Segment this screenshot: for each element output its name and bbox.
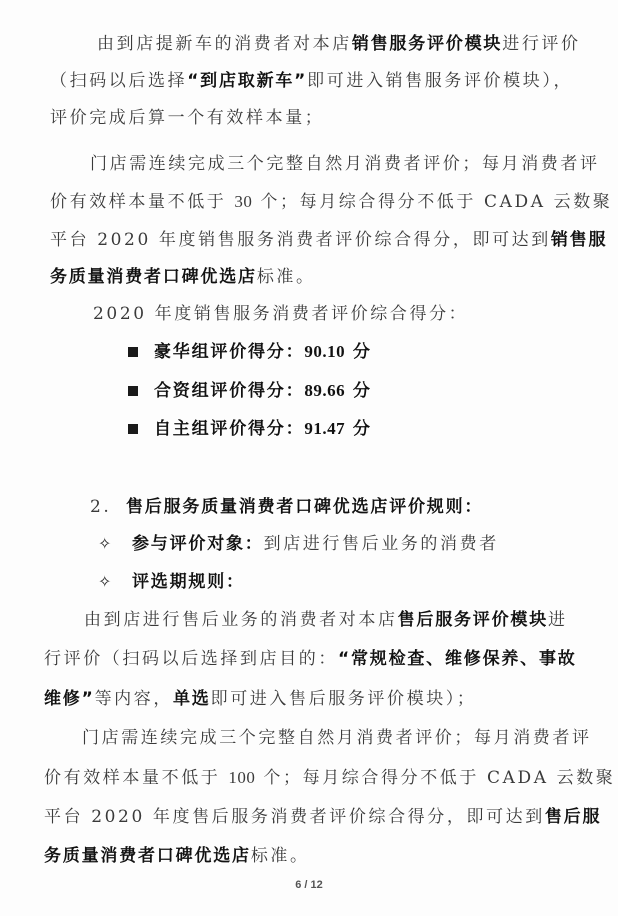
diamond-bullet-icon: ✧: [98, 571, 111, 593]
s2-p1-line1: 由到店进行售后业务的消费者对本店售后服务评价模块进: [84, 609, 568, 631]
text: 平台 2020 年度售后服务消费者评价综合得分，即可达到: [44, 807, 545, 827]
score-label: 豪华组评价得分：: [154, 342, 304, 362]
score-unit: 分: [353, 419, 372, 439]
bold-text: 销售服: [551, 230, 607, 250]
item-label: 评选期规则：: [132, 572, 245, 592]
score-value: 89.66: [304, 381, 345, 400]
s2-p2-line4: 务质量消费者口碑优选店标准。: [44, 845, 310, 867]
s2-p2-line1: 门店需连续完成三个完整自然月消费者评价；每月消费者评: [82, 727, 592, 749]
score-unit: 分: [353, 342, 372, 362]
s2-p2-line2: 价有效样本量不低于 100 个；每月综合得分不低于 CADA 云数聚: [44, 767, 615, 789]
text: 由到店进行售后业务的消费者对本店: [84, 610, 398, 630]
text: 即可进入销售服务评价模块），: [307, 71, 573, 91]
item-text: 到店进行售后业务的消费者: [264, 534, 499, 554]
text: 即可进入售后服务评价模块）；: [211, 689, 477, 709]
square-bullet-icon: [128, 424, 138, 434]
score-item-joint-venture: 合资组评价得分：89.66 分: [154, 380, 372, 402]
score-item-domestic: 自主组评价得分：91.47 分: [154, 418, 372, 440]
s1-p1-line1: 由到店提新车的消费者对本店销售服务评价模块进行评价: [97, 33, 581, 55]
bold-text: 单选: [173, 689, 211, 709]
section2-item-rules: 评选期规则：: [132, 571, 245, 593]
min-sample-count: 100: [228, 768, 255, 787]
text: 价有效样本量不低于: [44, 768, 228, 788]
text: 由到店提新车的消费者对本店: [97, 34, 352, 54]
s2-p1-line3: 维修”等内容，单选即可进入售后服务评价模块）；: [44, 688, 477, 710]
bold-text: “常规检查、维修保养、事故: [338, 649, 577, 669]
s2-p2-line3: 平台 2020 年度售后服务消费者评价综合得分，即可达到售后服: [44, 806, 601, 828]
text: 进: [548, 610, 568, 630]
s1-p1-line3: 评价完成后算一个有效样本量；: [50, 107, 324, 129]
item-label: 参与评价对象：: [132, 534, 264, 554]
s1-p2-line1: 门店需连续完成三个完整自然月消费者评价；每月消费者评: [90, 153, 600, 175]
text: 平台 2020 年度销售服务消费者评价综合得分，即可达到: [50, 230, 551, 250]
s1-p2-line2: 价有效样本量不低于 30 个；每月综合得分不低于 CADA 云数聚: [50, 191, 612, 213]
text: 标准。: [257, 267, 316, 287]
square-bullet-icon: [128, 386, 138, 396]
section2-title: 售后服务质量消费者口碑优选店评价规则：: [126, 496, 483, 518]
min-sample-count: 30: [234, 192, 252, 211]
text: 个；每月综合得分不低于 CADA 云数聚: [255, 768, 615, 788]
page-indicator: 6 / 12: [0, 879, 618, 891]
bold-text: “到店取新车”: [187, 71, 307, 91]
section2-item-participants: 参与评价对象：到店进行售后业务的消费者: [132, 533, 499, 555]
score-unit: 分: [353, 381, 372, 401]
text: 进行评价: [502, 34, 580, 54]
text: 等内容，: [95, 689, 173, 709]
score-label: 自主组评价得分：: [154, 419, 304, 439]
bold-text: 售后服务评价模块: [398, 610, 548, 630]
score-value: 91.47: [304, 419, 345, 438]
s1-p2-line3: 平台 2020 年度销售服务消费者评价综合得分，即可达到销售服: [50, 229, 607, 251]
bold-text: 务质量消费者口碑优选店: [44, 846, 251, 866]
scores-title: 2020 年度销售服务消费者评价综合得分：: [93, 303, 468, 325]
text: 价有效样本量不低于: [50, 192, 234, 212]
text: 个；每月综合得分不低于 CADA 云数聚: [252, 192, 612, 212]
section2-number: 2.: [90, 496, 111, 518]
square-bullet-icon: [128, 347, 138, 357]
s2-p1-line2: 行评价（扫码以后选择到店目的：“常规检查、维修保养、事故: [44, 648, 577, 670]
bold-text: 销售服务评价模块: [352, 34, 502, 54]
text: 标准。: [251, 846, 310, 866]
diamond-bullet-icon: ✧: [98, 533, 111, 555]
text: （扫码以后选择: [50, 71, 187, 91]
bold-text: 维修”: [44, 689, 95, 709]
s1-p2-line4: 务质量消费者口碑优选店标准。: [50, 266, 316, 288]
score-label: 合资组评价得分：: [154, 381, 304, 401]
s1-p1-line2: （扫码以后选择“到店取新车”即可进入销售服务评价模块），: [50, 70, 573, 92]
score-value: 90.10: [304, 342, 345, 361]
bold-text: 务质量消费者口碑优选店: [50, 267, 257, 287]
bold-text: 售后服: [545, 807, 601, 827]
text: 行评价（扫码以后选择到店目的：: [44, 649, 338, 669]
score-item-luxury: 豪华组评价得分：90.10 分: [154, 341, 372, 363]
